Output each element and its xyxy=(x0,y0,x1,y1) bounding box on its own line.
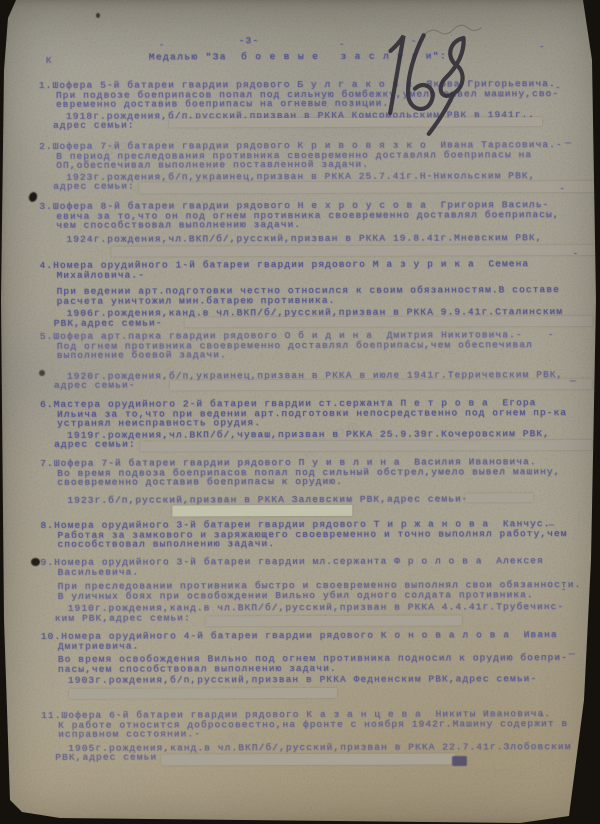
stray-typed-dash: - xyxy=(159,40,166,50)
stray-typed-dash: - xyxy=(539,42,546,52)
stray-typed-dash: — xyxy=(569,649,576,659)
text-line: расчета уничтожил мин.батарею противника… xyxy=(57,295,592,306)
text-line: устранял неисправность орудия. xyxy=(57,417,592,428)
stray-typed-dash: - xyxy=(339,40,346,50)
redaction-bar xyxy=(161,753,455,765)
text-line: Васильевича. xyxy=(58,566,593,577)
text-line: способствовал выполнению задачи. xyxy=(57,538,592,549)
text-line: исправном состоянии.- xyxy=(58,728,593,739)
paper-hole xyxy=(31,558,40,566)
typewritten-text-layer: -3- К Медалью "За б о е в ы е з а с л у … xyxy=(0,0,600,824)
award-entry-3: 3.Шофера 8-й батареи гвардии рядового Н … xyxy=(39,200,591,244)
stray-typed-dash: - xyxy=(548,330,555,340)
dirt-spot xyxy=(39,370,45,376)
text-line: 1903г.рождения,б/п,русский,призван в РКК… xyxy=(68,674,593,685)
handwritten-registration-number: 168 xyxy=(364,24,502,153)
redaction-bar xyxy=(172,505,352,517)
text-line: чем способствовал выполнению задачи. xyxy=(56,219,591,230)
text-line: Михайловича.- xyxy=(57,269,592,280)
stray-typed-letter: К xyxy=(46,56,53,66)
award-entry-10: 10.Номера орудийного 4-й батареи гвардии… xyxy=(41,630,593,686)
stray-typed-dash: — xyxy=(570,376,577,386)
dirt-speck xyxy=(96,13,100,18)
redaction-bar xyxy=(185,316,593,327)
stray-typed-dash: - xyxy=(561,585,568,595)
text-line: Дмитриевича. xyxy=(58,640,593,651)
redaction-bar xyxy=(111,245,597,257)
award-entry-8: 8.Номера орудийного 3-й батареи гвардии … xyxy=(40,519,592,550)
stray-typed-dash: - xyxy=(539,711,546,721)
stray-typed-dash: — xyxy=(548,520,555,530)
redaction-bar xyxy=(206,615,462,626)
text-line: выполнение боевой задачи. xyxy=(57,349,592,360)
redaction-bar xyxy=(170,379,592,390)
text-line: евременно доставив боеприпасы на огневые… xyxy=(56,98,591,109)
text-line: ОП,обеспечивал выполнение поставленной з… xyxy=(56,159,591,170)
redaction-bar xyxy=(69,688,337,699)
pen-strokes-168 xyxy=(364,24,502,148)
text-line: своевременно доставив боеприпасы к оруди… xyxy=(57,476,592,487)
scanned-paper-sheet: МО РФ МО РФ МО РФ -3- К Медалью "За б о … xyxy=(0,0,600,824)
text-line: В уличных боях при освобождении Вильно у… xyxy=(58,590,593,601)
redaction-bar xyxy=(140,440,592,452)
stray-typed-dash: - xyxy=(555,83,562,93)
text-line: 1924г.рождения,чл.ВКП/б/,русский,призван… xyxy=(66,233,591,244)
stray-typed-dash: - xyxy=(572,249,579,259)
ink-blot xyxy=(452,756,467,766)
stray-typed-dash: - xyxy=(559,184,566,194)
award-entry-9: 9.Номера орудийного 3-й батареи гвардии … xyxy=(41,556,593,623)
redaction-bar xyxy=(139,181,597,194)
page-number: -3- xyxy=(239,36,259,46)
stray-typed-dash: — xyxy=(565,138,572,148)
redaction-bar xyxy=(465,493,533,502)
